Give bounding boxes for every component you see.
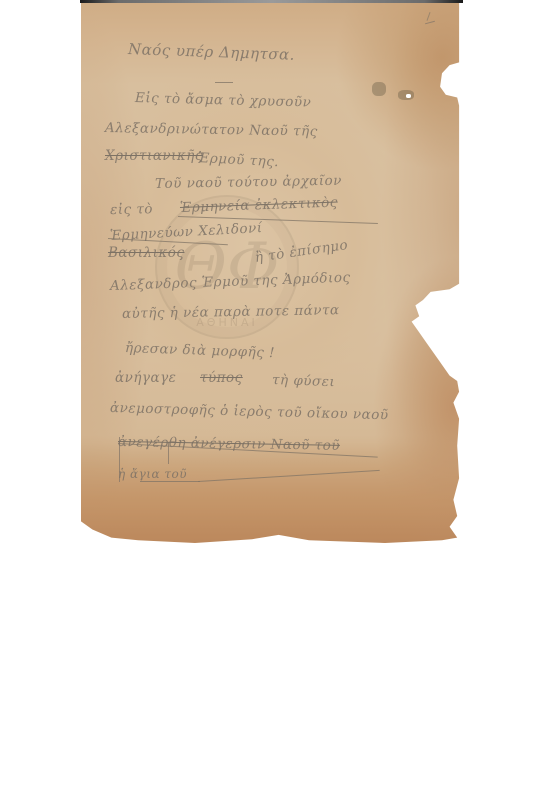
water-stain bbox=[381, 3, 461, 543]
stamp-monogram: ΘΦ bbox=[175, 230, 280, 304]
scan-background: ΘΦ ΑΘΗΝΑΙ Ναός υπέρ Δημητσα. Εἰς τὸ ἄσμα… bbox=[0, 0, 549, 800]
water-stain bbox=[81, 443, 461, 543]
text-line-15-struck: τύπος bbox=[200, 370, 243, 386]
text-line-3-struck: Χριστιανικῆς bbox=[105, 148, 203, 164]
damage-spot bbox=[406, 94, 411, 98]
text-line-19: ἡ ἄγια τοῦ bbox=[118, 467, 187, 481]
damage-spot bbox=[372, 82, 386, 96]
water-stain bbox=[81, 3, 151, 543]
text-line-9-struck: Βασιλικός bbox=[108, 245, 184, 261]
margin-bracket bbox=[168, 442, 169, 464]
text-line-14: ἀνήγαγε bbox=[115, 370, 176, 386]
underline-curve bbox=[140, 481, 200, 482]
text-line-16: τὴ φύσει bbox=[272, 372, 336, 390]
text-line-5: Τοῦ ναοῦ τούτου ἀρχαῖον bbox=[155, 173, 342, 192]
scanner-edge-bar bbox=[80, 0, 463, 3]
text-line-6: εἰς τὸ bbox=[110, 201, 153, 218]
title-separator bbox=[215, 82, 233, 83]
